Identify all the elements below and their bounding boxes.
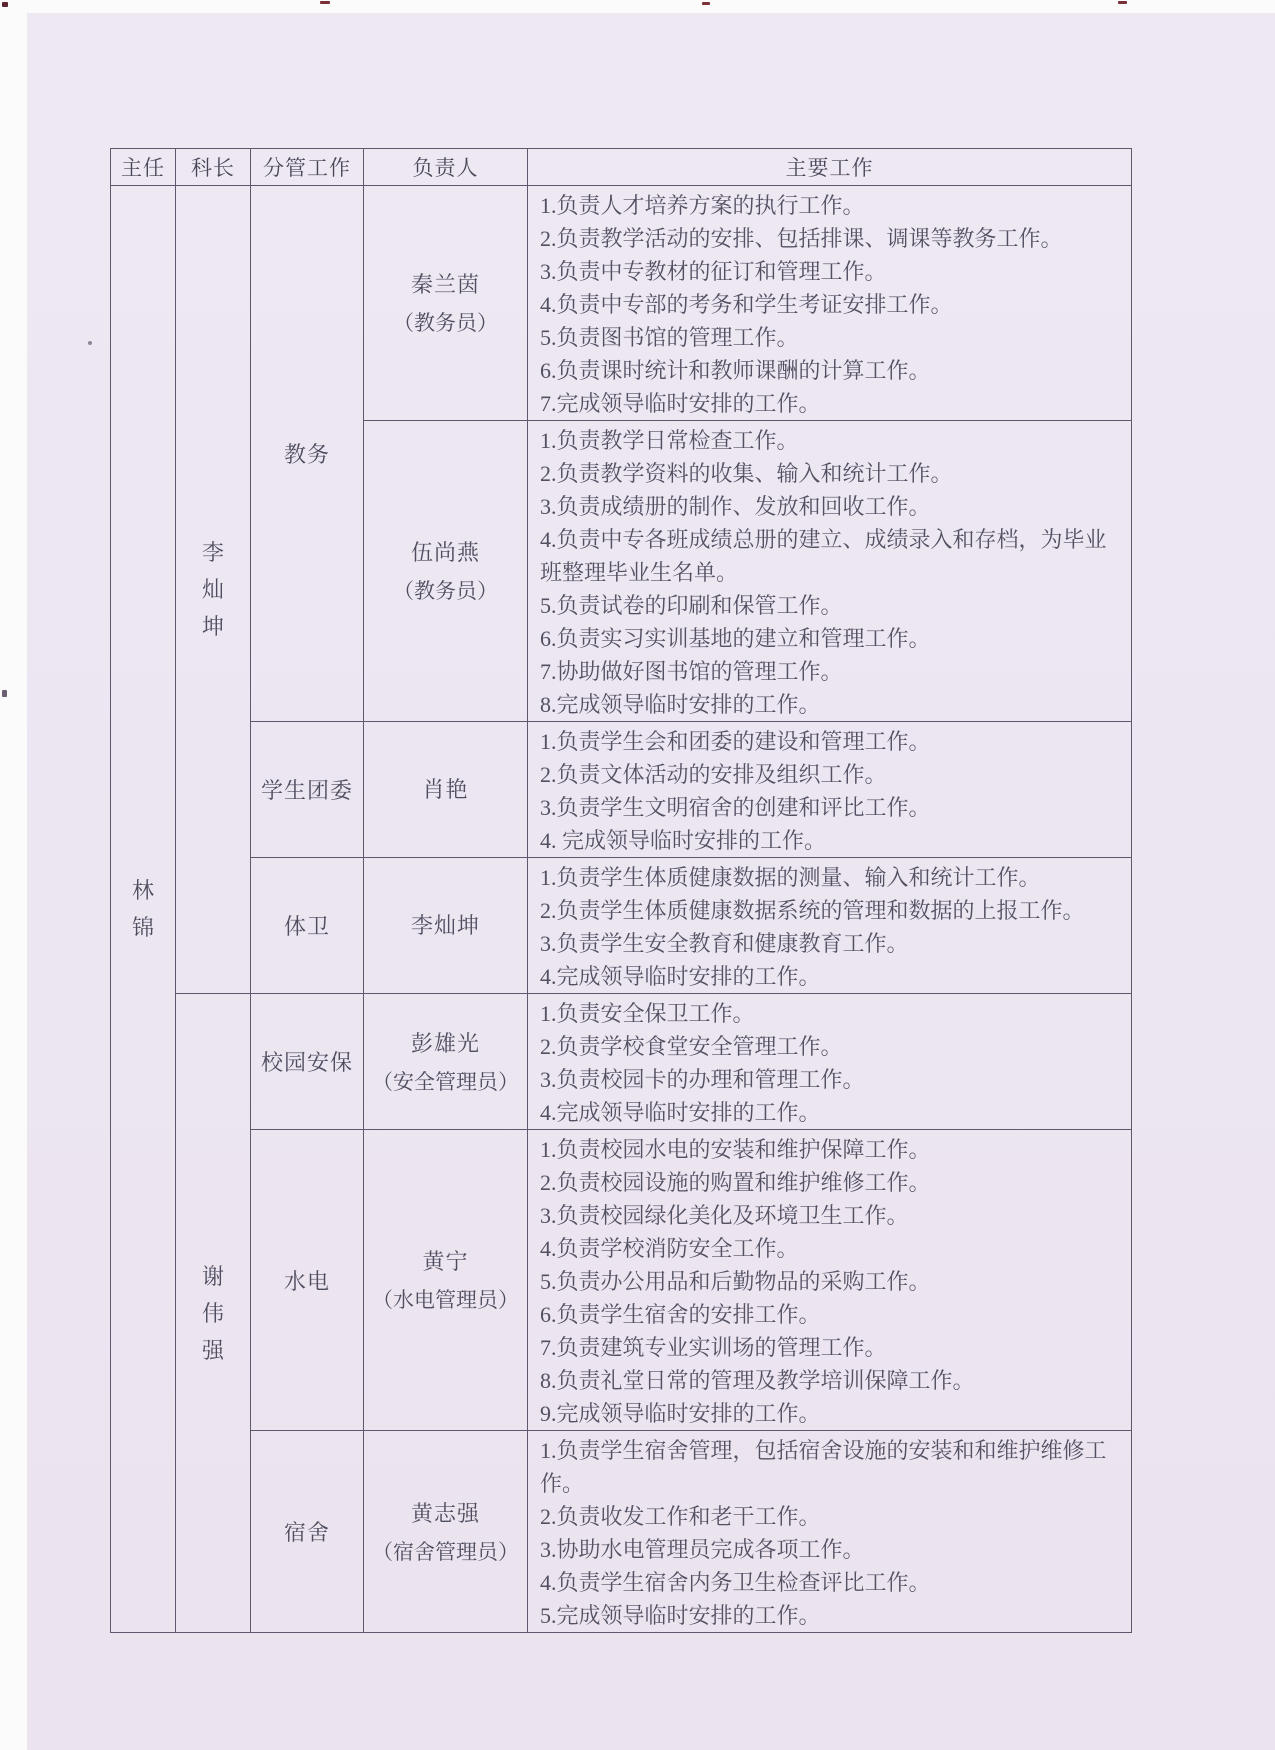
tasks-cell: 1.负责教学日常检查工作。2.负责教学资料的收集、输入和统计工作。3.负责成绩册… — [528, 421, 1132, 722]
table-row: 学生团委 肖艳 1.负责学生会和团委的建设和管理工作。2.负责文体活动的安排及组… — [111, 722, 1132, 858]
tasks-cell: 1.负责学生会和团委的建设和管理工作。2.负责文体活动的安排及组织工作。3.负责… — [528, 722, 1132, 858]
task-line: 5.负责图书馆的管理工作。 — [540, 321, 1121, 354]
task-list: 1.负责校园水电的安装和维护保障工作。2.负责校园设施的购置和维护维修工作。3.… — [528, 1130, 1131, 1430]
person-role: （安全管理员） — [364, 1064, 527, 1100]
chief-name: 李灿坤 — [200, 534, 225, 645]
task-line: 4.负责学校消防安全工作。 — [540, 1232, 1121, 1265]
task-line: 2.负责学生体质健康数据系统的管理和数据的上报工作。 — [540, 894, 1121, 927]
task-line: 2.负责教学资料的收集、输入和统计工作。 — [540, 457, 1121, 490]
task-line: 1.负责人才培养方案的执行工作。 — [540, 189, 1121, 222]
duty-cell: 体卫 — [251, 858, 364, 994]
task-line: 7.协助做好图书馆的管理工作。 — [540, 655, 1121, 688]
task-line: 7.负责建筑专业实训场的管理工作。 — [540, 1331, 1121, 1364]
scan-speck — [2, 2, 8, 7]
person-name: 李灿坤 — [364, 906, 527, 946]
scan-speck — [1118, 1, 1127, 4]
header-director: 主任 — [111, 149, 176, 186]
person-name: 伍尚燕 — [364, 533, 527, 573]
scan-speck — [702, 2, 710, 5]
director-cell: 林锦 — [111, 186, 176, 1633]
scan-speck — [88, 341, 92, 345]
task-line: 1.负责学生会和团委的建设和管理工作。 — [540, 725, 1121, 758]
task-line: 1.负责学生体质健康数据的测量、输入和统计工作。 — [540, 861, 1121, 894]
task-line: 4.负责中专各班成绩总册的建立、成绩录入和存档，为毕业班整理毕业生名单。 — [540, 523, 1121, 589]
table-row: 宿舍 黄志强 （宿舍管理员） 1.负责学生宿舍管理，包括宿舍设施的安装和和维护维… — [111, 1431, 1132, 1633]
tasks-cell: 1.负责学生宿舍管理，包括宿舍设施的安装和和维护维修工作。2.负责收发工作和老干… — [528, 1431, 1132, 1633]
task-line: 3.负责校园绿化美化及环境卫生工作。 — [540, 1199, 1121, 1232]
task-line: 5.负责试卷的印刷和保管工作。 — [540, 589, 1121, 622]
person-cell: 秦兰茵 （教务员） — [364, 186, 528, 421]
task-list: 1.负责学生会和团委的建设和管理工作。2.负责文体活动的安排及组织工作。3.负责… — [528, 722, 1131, 857]
task-line: 3.负责学生安全教育和健康教育工作。 — [540, 927, 1121, 960]
task-line: 8.负责礼堂日常的管理及教学培训保障工作。 — [540, 1364, 1121, 1397]
duty-assignment-table: 主任 科长 分管工作 负责人 主要工作 林锦 李灿坤 教务 秦兰茵 （教务员） … — [110, 148, 1132, 1633]
task-list: 1.负责学生体质健康数据的测量、输入和统计工作。2.负责学生体质健康数据系统的管… — [528, 858, 1131, 993]
task-line: 4.负责学生宿舍内务卫生检查评比工作。 — [540, 1566, 1121, 1599]
task-line: 2.负责学校食堂安全管理工作。 — [540, 1030, 1121, 1063]
task-line: 4.完成领导临时安排的工作。 — [540, 960, 1121, 993]
header-section-chief: 科长 — [176, 149, 251, 186]
tasks-cell: 1.负责人才培养方案的执行工作。2.负责教学活动的安排、包括排课、调课等教务工作… — [528, 186, 1132, 421]
header-row: 主任 科长 分管工作 负责人 主要工作 — [111, 149, 1132, 186]
person-role: （水电管理员） — [364, 1282, 527, 1318]
task-line: 6.负责实习实训基地的建立和管理工作。 — [540, 622, 1121, 655]
director-name: 林锦 — [130, 872, 155, 946]
person-name: 黄志强 — [364, 1494, 527, 1534]
task-line: 3.负责校园卡的办理和管理工作。 — [540, 1063, 1121, 1096]
table-row: 体卫 李灿坤 1.负责学生体质健康数据的测量、输入和统计工作。2.负责学生体质健… — [111, 858, 1132, 994]
task-line: 4.完成领导临时安排的工作。 — [540, 1096, 1121, 1129]
task-line: 4. 完成领导临时安排的工作。 — [540, 824, 1121, 857]
task-line: 2.负责校园设施的购置和维护维修工作。 — [540, 1166, 1121, 1199]
person-cell: 李灿坤 — [364, 858, 528, 994]
task-line: 3.负责成绩册的制作、发放和回收工作。 — [540, 490, 1121, 523]
duty-cell: 学生团委 — [251, 722, 364, 858]
scan-speck — [2, 690, 7, 697]
task-line: 6.负责课时统计和教师课酬的计算工作。 — [540, 354, 1121, 387]
person-name: 肖艳 — [364, 770, 527, 810]
person-cell: 伍尚燕 （教务员） — [364, 421, 528, 722]
task-line: 3.负责学生文明宿舍的创建和评比工作。 — [540, 791, 1121, 824]
person-role: （宿舍管理员） — [364, 1534, 527, 1570]
person-cell: 黄宁 （水电管理员） — [364, 1130, 528, 1431]
task-line: 1.负责校园水电的安装和维护保障工作。 — [540, 1133, 1121, 1166]
tasks-cell: 1.负责学生体质健康数据的测量、输入和统计工作。2.负责学生体质健康数据系统的管… — [528, 858, 1132, 994]
task-list: 1.负责学生宿舍管理，包括宿舍设施的安装和和维护维修工作。2.负责收发工作和老干… — [528, 1431, 1131, 1632]
duty-cell: 水电 — [251, 1130, 364, 1431]
table-row: 水电 黄宁 （水电管理员） 1.负责校园水电的安装和维护保障工作。2.负责校园设… — [111, 1130, 1132, 1431]
task-line: 2.负责文体活动的安排及组织工作。 — [540, 758, 1121, 791]
chief-name: 谢伟强 — [200, 1258, 225, 1369]
tasks-cell: 1.负责校园水电的安装和维护保障工作。2.负责校园设施的购置和维护维修工作。3.… — [528, 1130, 1132, 1431]
tasks-cell: 1.负责安全保卫工作。2.负责学校食堂安全管理工作。3.负责校园卡的办理和管理工… — [528, 994, 1132, 1130]
task-line: 8.完成领导临时安排的工作。 — [540, 688, 1121, 721]
duty-cell: 教务 — [251, 186, 364, 722]
task-line: 4.负责中专部的考务和学生考证安排工作。 — [540, 288, 1121, 321]
person-name: 彭雄光 — [364, 1024, 527, 1064]
header-duty: 分管工作 — [251, 149, 364, 186]
task-line: 6.负责学生宿舍的安排工作。 — [540, 1298, 1121, 1331]
table-row: 林锦 李灿坤 教务 秦兰茵 （教务员） 1.负责人才培养方案的执行工作。2.负责… — [111, 186, 1132, 421]
person-cell: 黄志强 （宿舍管理员） — [364, 1431, 528, 1633]
task-list: 1.负责人才培养方案的执行工作。2.负责教学活动的安排、包括排课、调课等教务工作… — [528, 186, 1131, 420]
person-cell: 彭雄光 （安全管理员） — [364, 994, 528, 1130]
task-line: 7.完成领导临时安排的工作。 — [540, 387, 1121, 420]
person-name: 黄宁 — [364, 1242, 527, 1282]
chief-cell: 谢伟强 — [176, 994, 251, 1633]
task-list: 1.负责教学日常检查工作。2.负责教学资料的收集、输入和统计工作。3.负责成绩册… — [528, 421, 1131, 721]
scan-speck — [320, 1, 330, 4]
person-role: （教务员） — [364, 305, 527, 341]
task-line: 3.负责中专教材的征订和管理工作。 — [540, 255, 1121, 288]
chief-cell: 李灿坤 — [176, 186, 251, 994]
task-line: 1.负责安全保卫工作。 — [540, 997, 1121, 1030]
task-line: 1.负责学生宿舍管理，包括宿舍设施的安装和和维护维修工作。 — [540, 1434, 1121, 1500]
person-name: 秦兰茵 — [364, 265, 527, 305]
person-role: （教务员） — [364, 573, 527, 609]
task-list: 1.负责安全保卫工作。2.负责学校食堂安全管理工作。3.负责校园卡的办理和管理工… — [528, 994, 1131, 1129]
duty-cell: 宿舍 — [251, 1431, 364, 1633]
task-line: 1.负责教学日常检查工作。 — [540, 424, 1121, 457]
table-row: 谢伟强 校园安保 彭雄光 （安全管理员） 1.负责安全保卫工作。2.负责学校食堂… — [111, 994, 1132, 1130]
person-cell: 肖艳 — [364, 722, 528, 858]
task-line: 2.负责收发工作和老干工作。 — [540, 1500, 1121, 1533]
task-line: 9.完成领导临时安排的工作。 — [540, 1397, 1121, 1430]
header-main-work: 主要工作 — [528, 149, 1132, 186]
task-line: 5.负责办公用品和后勤物品的采购工作。 — [540, 1265, 1121, 1298]
duty-cell: 校园安保 — [251, 994, 364, 1130]
task-line: 5.完成领导临时安排的工作。 — [540, 1599, 1121, 1632]
task-line: 3.协助水电管理员完成各项工作。 — [540, 1533, 1121, 1566]
header-person-in-charge: 负责人 — [364, 149, 528, 186]
task-line: 2.负责教学活动的安排、包括排课、调课等教务工作。 — [540, 222, 1121, 255]
